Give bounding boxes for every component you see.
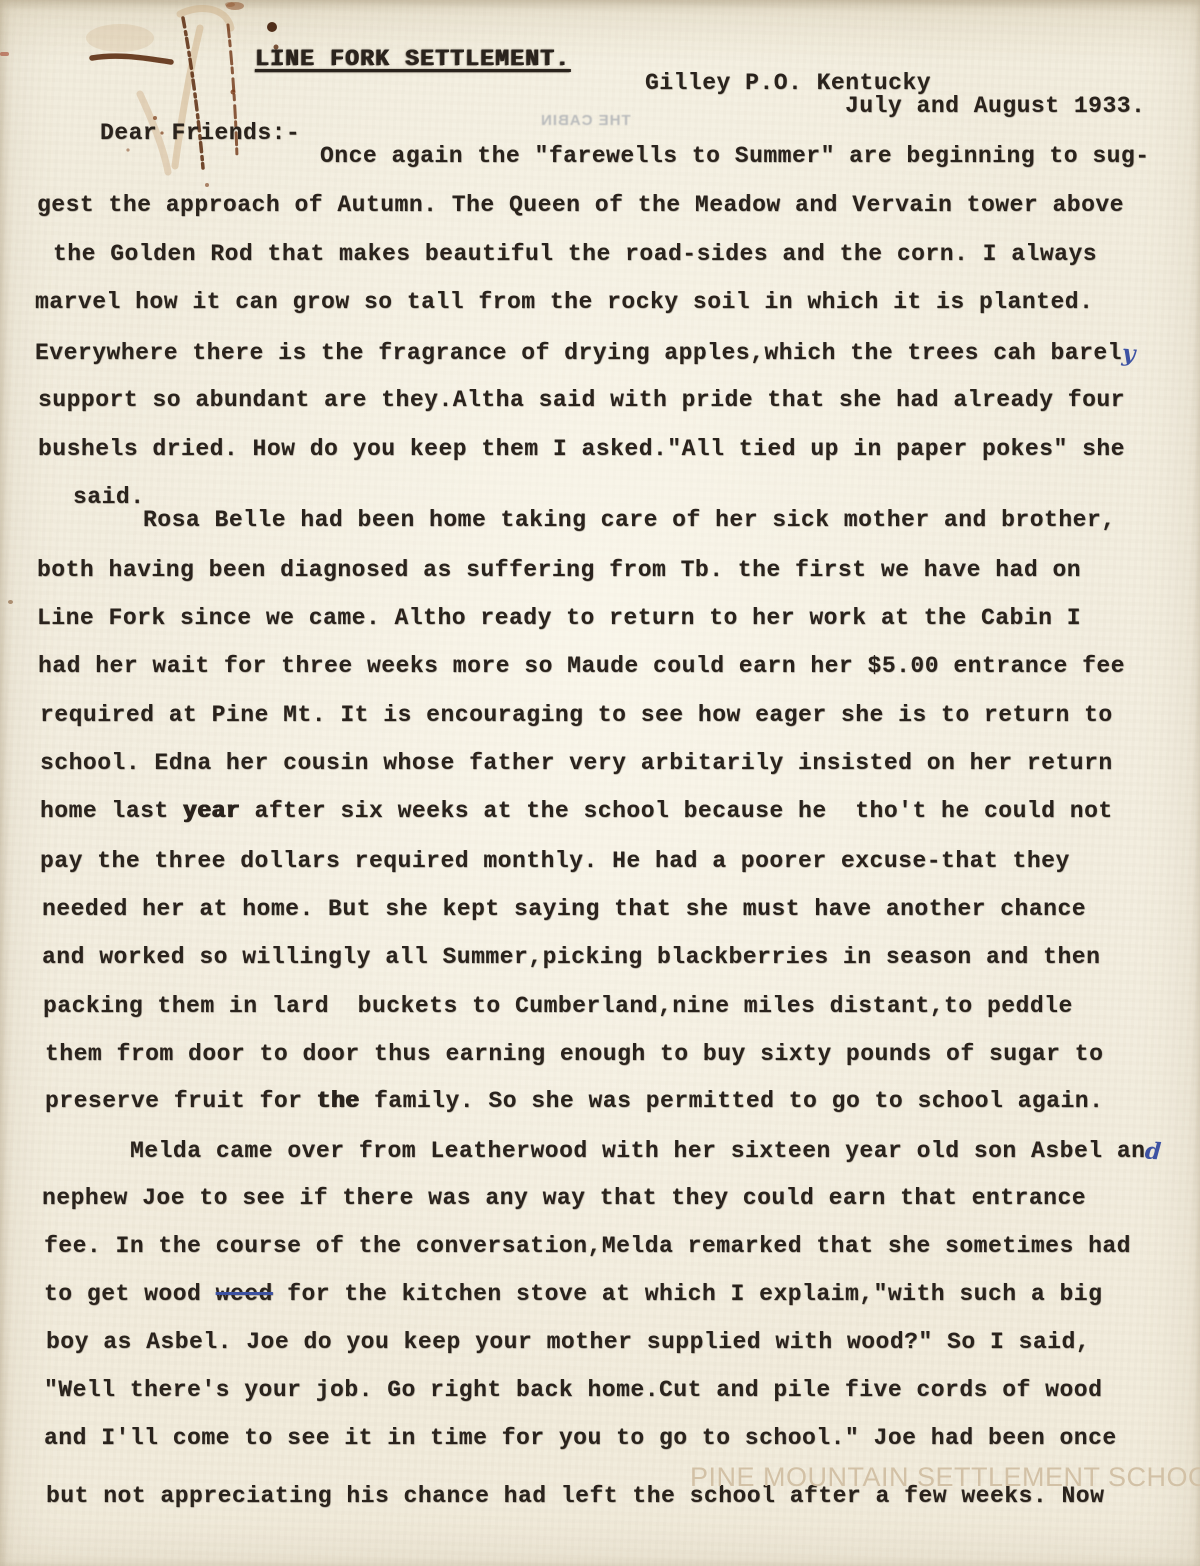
letter-line: said. [73,484,145,510]
typed-segment: required at Pine Mt. It is encouraging t… [40,702,1113,728]
typed-segment: them from door to door thus earning enou… [45,1041,1103,1067]
typed-segment: Line Fork since we came. Altho ready to … [37,605,1081,631]
letter-line: them from door to door thus earning enou… [45,1041,1103,1067]
letter-line: support so abundant are they.Altha said … [38,387,1125,413]
typed-segment: home last [40,798,183,824]
archive-watermark: PINE MOUNTAIN SETTLEMENT SCHOOL 2015 [690,1462,1200,1493]
typed-segment: marvel how it can grow so tall from the … [35,289,1093,315]
letter-line: pay the three dollars required monthly. … [40,848,1070,874]
typed-segment: support so abundant are they.Altha said … [38,387,1125,413]
scanned-letter-page: THE CABIN LINE FORK SETTLEMENT. Gilley P… [0,0,1200,1566]
letter-line: preserve fruit for the family. So she wa… [45,1088,1103,1114]
letter-line: packing them in lard buckets to Cumberla… [43,993,1073,1019]
letter-line: Rosa Belle had been home taking care of … [143,507,1116,533]
annotation-segment: year [183,798,240,824]
typed-segment: and worked so willingly all Summer,picki… [42,944,1100,970]
typed-segment: bushels dried. How do you keep them I as… [38,436,1125,462]
typed-segment: needed her at home. But she kept saying … [42,896,1086,922]
annotation-segment: the [317,1088,360,1114]
typed-segment: Once again the "farewells to Summer" are… [320,143,1150,169]
typed-segment: boy as Asbel. Joe do you keep your mothe… [46,1329,1090,1355]
letter-line: home last year after six weeks at the sc… [40,798,1113,824]
letter-line: Everywhere there is the fragrance of dry… [35,338,1136,366]
typed-segment: school. Edna her cousin whose father ver… [40,750,1113,776]
typed-segment: and I'll come to see it in time for you … [44,1425,1117,1451]
letter-line: boy as Asbel. Joe do you keep your mothe… [46,1329,1090,1355]
typed-segment: had her wait for three weeks more so Mau… [38,653,1125,679]
letter-line: nephew Joe to see if there was any way t… [42,1185,1086,1211]
typed-segment: Everywhere there is the fragrance of dry… [35,340,1122,366]
annotation-segment: d [1145,1137,1163,1165]
typed-segment: preserve fruit for [45,1088,317,1114]
typed-segment: gest the approach of Autumn. The Queen o… [37,192,1124,218]
letter-line: needed her at home. But she kept saying … [42,896,1086,922]
letter-line: school. Edna her cousin whose father ver… [40,750,1113,776]
letter-line: and worked so willingly all Summer,picki… [42,944,1100,970]
typed-segment: pay the three dollars required monthly. … [40,848,1070,874]
letter-line: required at Pine Mt. It is encouraging t… [40,702,1113,728]
typed-segment: to get wood [44,1281,216,1307]
typed-segment: Rosa Belle had been home taking care of … [143,507,1116,533]
typed-segment: Melda came over from Leatherwood with he… [130,1138,1145,1164]
annotation-segment: weed [216,1281,273,1307]
letter-line: and I'll come to see it in time for you … [44,1425,1117,1451]
typed-segment: said. [73,484,145,510]
typed-segment: the Golden Rod that makes beautiful the … [53,241,1097,267]
typed-segment: fee. In the course of the conversation,M… [44,1233,1131,1259]
letter-line: Once again the "farewells to Summer" are… [320,143,1150,169]
typed-segment: for the kitchen stove at which I explaim… [273,1281,1103,1307]
typed-segment: "Well there's your job. Go right back ho… [44,1377,1102,1403]
typed-segment: nephew Joe to see if there was any way t… [42,1185,1086,1211]
letter-line: gest the approach of Autumn. The Queen o… [37,192,1124,218]
letter-line: to get wood weed for the kitchen stove a… [44,1281,1102,1307]
typed-segment: both having been diagnosed as suffering … [37,557,1081,583]
letter-line: had her wait for three weeks more so Mau… [38,653,1125,679]
letter-line: Melda came over from Leatherwood with he… [130,1136,1162,1164]
letter-line: fee. In the course of the conversation,M… [44,1233,1131,1259]
annotation-segment: y [1121,340,1137,368]
letter-line: "Well there's your job. Go right back ho… [44,1377,1102,1403]
letter-line: the Golden Rod that makes beautiful the … [53,241,1097,267]
typed-segment: packing them in lard buckets to Cumberla… [43,993,1073,1019]
letter-line: Line Fork since we came. Altho ready to … [37,605,1081,631]
typed-segment: after six weeks at the school because he… [240,798,1112,824]
letter-line: both having been diagnosed as suffering … [37,557,1081,583]
letter-body: Once again the "farewells to Summer" are… [0,0,1200,1566]
typed-segment: family. So she was permitted to go to sc… [360,1088,1104,1114]
letter-line: bushels dried. How do you keep them I as… [38,436,1125,462]
letter-line: marvel how it can grow so tall from the … [35,289,1093,315]
